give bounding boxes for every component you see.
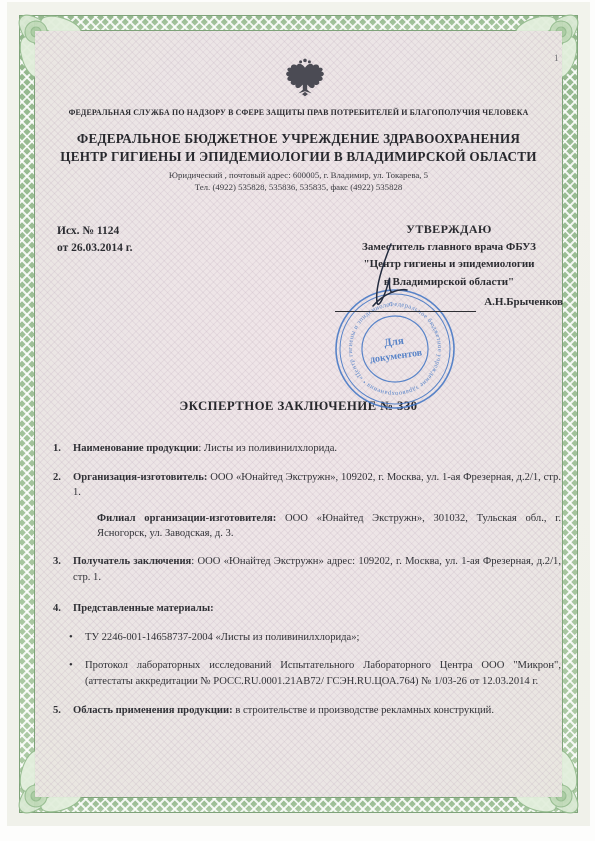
item-product-name: 1.Наименование продукции: Листы из полив… <box>53 441 561 457</box>
item-number: 1. <box>53 441 73 457</box>
bullet-text: ТУ 2246-001-14658737-2004 «Листы из поли… <box>85 632 360 643</box>
outgoing-number: Исх. № 1124 <box>57 223 133 240</box>
bullet-text: Протокол лабораторных исследований Испыт… <box>85 660 561 687</box>
signature <box>343 236 433 321</box>
item-application-area: 5.Область применения продукции: в строит… <box>53 703 561 719</box>
stamp-center-line2: документов <box>369 347 423 365</box>
document-title: ЭКСПЕРТНОЕ ЗАКЛЮЧЕНИЕ № 330 <box>35 399 562 414</box>
outgoing-number-block: Исх. № 1124 от 26.03.2014 г. <box>57 223 133 257</box>
item-submitted-materials: 4.Представленные материалы: <box>53 601 561 617</box>
bullet-icon: • <box>69 630 85 646</box>
item-number: 5. <box>53 703 73 719</box>
item-label: Получатель заключения <box>73 556 191 567</box>
item-value: в строительстве и производстве рекламных… <box>233 705 494 716</box>
organization-name: ФЕДЕРАЛЬНОЕ БЮДЖЕТНОЕ УЧРЕЖДЕНИЕ ЗДРАВОО… <box>45 130 552 166</box>
certificate-field: 1 ФЕДЕРАЛЬНАЯ СЛУЖБА ПО НАДЗОРУ В СФЕРЕ … <box>35 31 562 797</box>
address-line1: Юридический , почтовый адрес: 600005, г.… <box>75 170 522 182</box>
scanned-document: 1 ФЕДЕРАЛЬНАЯ СЛУЖБА ПО НАДЗОРУ В СФЕРЕ … <box>0 0 595 841</box>
material-lab-protocol: •Протокол лабораторных исследований Испы… <box>69 658 561 689</box>
signer-name: А.Н.Брыченков <box>484 294 563 312</box>
branch-label: Филиал организации-изготовителя: <box>97 513 276 524</box>
item-label: Наименование продукции <box>73 443 198 454</box>
item-recipient: 3.Получатель заключения: ООО «Юнайтед Эк… <box>53 554 561 585</box>
certificate-paper: 1 ФЕДЕРАЛЬНАЯ СЛУЖБА ПО НАДЗОРУ В СФЕРЕ … <box>7 2 590 826</box>
border-band-top <box>19 15 578 31</box>
border-band-left <box>19 15 35 813</box>
item-label: Представленные материалы: <box>73 603 214 614</box>
item-manufacturer-branch: Филиал организации-изготовителя: ООО «Юн… <box>97 511 561 542</box>
federal-service-line: ФЕДЕРАЛЬНАЯ СЛУЖБА ПО НАДЗОРУ В СФЕРЕ ЗА… <box>55 108 542 117</box>
organization-name-line2: ЦЕНТР ГИГИЕНЫ И ЭПИДЕМИОЛОГИИ В ВЛАДИМИР… <box>45 148 552 166</box>
double-headed-eagle-icon <box>283 55 327 101</box>
address-line2: Тел. (4922) 535828, 535836, 535835, факс… <box>75 182 522 194</box>
item-number: 2. <box>53 470 73 486</box>
stamp-center-line1: Для <box>383 335 404 350</box>
material-tu-spec: •ТУ 2246-001-14658737-2004 «Листы из пол… <box>69 630 561 646</box>
bullet-icon: • <box>69 658 85 674</box>
item-label: Организация-изготовитель: <box>73 472 207 483</box>
item-value: : Листы из поливинилхлорида. <box>198 443 337 454</box>
organization-address: Юридический , почтовый адрес: 600005, г.… <box>75 170 522 193</box>
border-band-right <box>562 15 578 813</box>
organization-name-line1: ФЕДЕРАЛЬНОЕ БЮДЖЕТНОЕ УЧРЕЖДЕНИЕ ЗДРАВОО… <box>45 130 552 148</box>
document-body: 1.Наименование продукции: Листы из полив… <box>53 441 561 731</box>
item-number: 3. <box>53 554 73 570</box>
page-number: 1 <box>554 53 559 63</box>
item-manufacturer: 2.Организация-изготовитель: ООО «Юнайтед… <box>53 470 561 501</box>
border-band-bottom <box>19 797 578 813</box>
item-number: 4. <box>53 601 73 617</box>
item-label: Область применения продукции: <box>73 705 233 716</box>
outgoing-date: от 26.03.2014 г. <box>57 240 133 257</box>
